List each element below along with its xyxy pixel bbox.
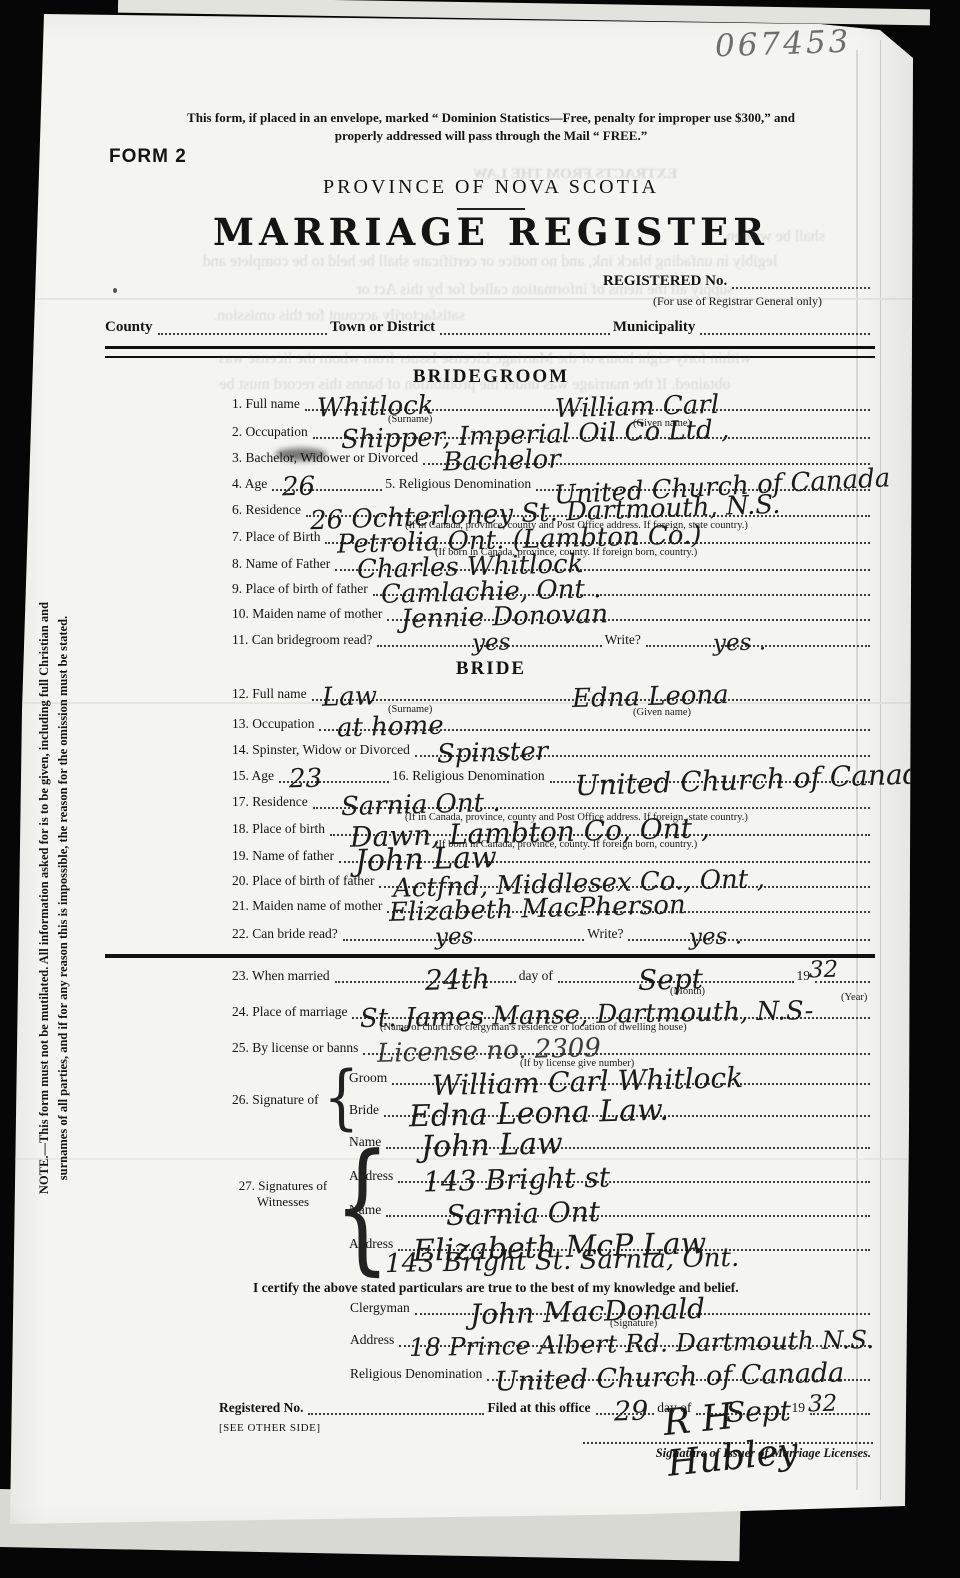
county-blank <box>158 329 328 335</box>
field-row-when-married: 23. When married 24th day of Sept 19 32 <box>232 966 873 984</box>
municipality-label: Municipality <box>613 319 699 336</box>
bleed-through-text: legibly in unfading black ink, and no no… <box>125 253 855 271</box>
field-label: 9. Place of birth of father <box>232 580 371 597</box>
field-label: 14. Spinster, Widow or Divorced <box>232 741 413 758</box>
field-blank <box>308 1409 484 1415</box>
field-blank: 32 <box>815 977 870 983</box>
field-blank: License no. 2309 <box>363 1049 870 1055</box>
write-label: Write? <box>587 925 626 942</box>
field-row-witness1-name: Name John Law <box>349 1132 873 1150</box>
pencil-corner-number: 067453 <box>714 24 852 65</box>
field-blank: 18 Prince Albert Rd. Dartmouth N.S. <box>399 1341 870 1347</box>
field-row-bride-status: 14. Spinster, Widow or Divorced Spinster <box>232 740 873 758</box>
field-label: 10. Maiden name of mother <box>232 605 385 622</box>
field-row-bride-signature: Bride Edna Leona Law. <box>349 1100 873 1118</box>
field-row-witness2-name: Name Sarnia Ont <box>349 1200 873 1218</box>
handwritten-filed-day: 29 <box>613 1403 648 1421</box>
see-other-side-note: [SEE OTHER SIDE] <box>219 1422 321 1434</box>
field-label: 6. Residence <box>232 501 304 518</box>
section-rule <box>105 954 875 958</box>
handwritten-marriage-year: 32 <box>809 962 839 980</box>
handwritten-license-number: License no. 2309 <box>377 1040 601 1063</box>
handwritten-marriage-month: Sept <box>638 970 703 989</box>
field-row-bride-father-birthplace: 20. Place of birth of father Actfnd, Mid… <box>232 871 873 889</box>
handwritten-bride-given: Edna Leona <box>571 687 728 708</box>
field-blank: Whitlock William Carl <box>305 405 870 411</box>
form-number-label: FORM 2 <box>109 146 187 168</box>
field-row-witness1-address: Address 143 Bright st <box>349 1166 873 1184</box>
field-row-license-banns: 25. By license or banns License no. 2309 <box>232 1038 873 1056</box>
field-row-bride-mother: 21. Maiden name of mother Elizabeth MacP… <box>232 896 873 914</box>
field-blank: 26 Ochterloney St. Dartmouth, N.S. <box>306 511 870 517</box>
field-blank: John Law <box>386 1143 870 1149</box>
handwritten-denomination: United Church of Canada <box>495 1364 845 1390</box>
bride-heading: BRIDE <box>105 658 877 680</box>
field-row-bride-occupation: 13. Occupation at home <box>232 714 873 732</box>
field-label: 1. Full name <box>232 395 303 412</box>
bleed-through-text: supply all the items of information call… <box>255 281 835 299</box>
handwritten-marriage-place: St. James Manse, Dartmouth, N.S- <box>360 1003 814 1028</box>
handwritten-bride-occupation: at home <box>337 718 444 738</box>
field-blank: Actfnd, Middlesex Co., Ont , <box>379 882 870 888</box>
field-row-bride-birthplace: 18. Place of birth Dawn, Lambton Co, Ont… <box>232 819 873 837</box>
handwritten-bride-write: yes . <box>689 928 742 946</box>
handwritten-bride-signature: Edna Leona Law. <box>409 1102 669 1126</box>
handwritten-clergyman-address: 18 Prince Albert Rd. Dartmouth N.S. <box>409 1331 874 1356</box>
field-row-groom-mother: 10. Maiden name of mother Jennie Donovan <box>232 604 873 622</box>
denomination-label: Religious Denomination <box>350 1365 485 1382</box>
field-blank: yes . <box>628 935 870 941</box>
field-blank: 23 <box>279 777 389 783</box>
field-label: 2. Occupation <box>232 423 311 440</box>
address-label: Address <box>350 1331 397 1348</box>
field-label: 23. When married <box>232 967 333 984</box>
handwritten-bride-age: 23 <box>289 771 323 789</box>
witnesses-label-line1: 27. Signatures of <box>223 1178 343 1194</box>
field-row-groom-signature: Groom William Carl Whitlock <box>349 1068 873 1086</box>
field-blank: United Church of Canada <box>536 485 870 491</box>
field-row-groom-fullname: 1. Full name Whitlock William Carl <box>232 394 873 412</box>
field-label: 25. By license or banns <box>232 1039 361 1056</box>
field-blank: 29 <box>596 1409 655 1415</box>
field-row-groom-residence: 6. Residence 26 Ochterloney St. Dartmout… <box>232 500 873 518</box>
field-label: 8. Name of Father <box>232 555 333 572</box>
handwritten-bride-surname: Law <box>321 688 376 706</box>
field-blank: Dawn, Lambton Co, Ont , <box>330 830 870 836</box>
signature-of-label: 26. Signature of <box>232 1092 319 1108</box>
day-of-label: day of <box>519 967 556 984</box>
bleed-through-text: shall be written <box>165 228 825 246</box>
handwritten-bride-religion: United Church of Canada <box>574 765 937 795</box>
field-row-bride-father: 19. Name of father John Law <box>232 846 873 864</box>
field-blank: Sarnia Ont <box>386 1211 870 1217</box>
handwritten-clergyman-signature: John MacDonald <box>470 1300 705 1323</box>
witnesses-label-line2: Witnesses <box>223 1194 343 1210</box>
field-row-groom-father-birthplace: 9. Place of birth of father Camlachie, O… <box>232 579 873 597</box>
handwritten-groom-mother: Jennie Donovan <box>401 606 608 628</box>
bleed-through-text: obtained. If the marriage was under the … <box>115 376 835 394</box>
bleed-through-text: within forty-eight hours of the Marriage… <box>115 350 855 368</box>
field-blank: Petrolia Ont. (Lambton Co.) <box>325 538 870 544</box>
field-blank: at home <box>319 725 870 731</box>
mail-notice-line2: properly addressed will pass through the… <box>105 128 877 144</box>
field-blank: St. James Manse, Dartmouth, N.S- <box>352 1013 870 1019</box>
field-blank: United Church of Canada <box>550 777 870 783</box>
field-blank: yes <box>343 935 585 941</box>
field-label: 13. Occupation <box>232 715 317 732</box>
handwritten-issuer-signature: R H Hubley <box>661 1381 880 1485</box>
scanned-document: { "misc": { "corner_number": "067453", "… <box>0 0 960 1578</box>
field-blank: yes <box>377 641 601 647</box>
handwritten-groom-status: Bachelor <box>443 451 561 471</box>
field-blank: Charles Whitlock <box>335 565 870 571</box>
field-label: 19. Name of father <box>232 847 337 864</box>
margin-note-line1: NOTE.—This form must not be mutilated. A… <box>35 545 54 1251</box>
clergyman-label: Clergyman <box>350 1299 413 1316</box>
field-label: 12. Full name <box>232 685 310 702</box>
handwritten-witness1-address: 143 Bright st <box>423 1169 610 1191</box>
town-blank <box>440 329 610 335</box>
filed-label: Filed at this office <box>487 1399 593 1416</box>
handwritten-witness1-address2: Sarnia Ont <box>446 1203 600 1224</box>
handwritten-groom-write: yes . <box>713 634 766 652</box>
field-blank: Law Edna Leona <box>312 695 870 701</box>
document-page: NOTE.—This form must not be mutilated. A… <box>8 10 940 1550</box>
pencil-dot <box>113 288 117 293</box>
field-blank: yes . <box>646 641 870 647</box>
field-label: 21. Maiden name of mother <box>232 897 385 914</box>
field-blank: Jennie Donovan <box>387 615 870 621</box>
field-blank: Edna Leona Law. <box>384 1111 870 1117</box>
field-label: 4. Age <box>232 475 270 492</box>
field-blank: Spinster <box>415 751 870 757</box>
field-blank: 143 Bright st <box>398 1177 870 1183</box>
handwritten-bride-status: Spinster <box>437 744 549 764</box>
field-row-denomination: Religious Denomination United Church of … <box>350 1364 873 1382</box>
field-row-clergyman: Clergyman John MacDonald <box>350 1298 873 1316</box>
field-row-bride-age-religion: 15. Age 23 16. Religious Denomination Un… <box>232 766 873 784</box>
handwritten-groom-surname: Whitlock <box>317 397 434 417</box>
field-blank: 26 <box>272 485 382 491</box>
field-row-clergyman-address: Address 18 Prince Albert Rd. Dartmouth N… <box>350 1330 873 1348</box>
margin-note-vertical: NOTE.—This form must not be mutilated. A… <box>35 545 77 1251</box>
field-blank: Shipper, Imperial Oil Co Ltd , <box>313 433 870 439</box>
field-label: 22. Can bride read? <box>232 925 341 942</box>
field-row-groom-occupation: 2. Occupation Shipper, Imperial Oil Co L… <box>232 422 873 440</box>
margin-note-line2: surnames of all parties, and if for any … <box>54 545 73 1251</box>
handwritten-groom-signature: William Carl Whitlock <box>432 1069 743 1094</box>
field-row-groom-father: 8. Name of Father Charles Whitlock <box>232 554 873 572</box>
write-label: Write? <box>605 631 644 648</box>
handwritten-witness2-address: 143 Bright St. Sarnia, Ont. <box>385 1243 740 1279</box>
field-blank: John Law <box>339 857 870 863</box>
handwritten-groom-read: yes <box>471 635 510 653</box>
field-label: 17. Residence <box>232 793 311 810</box>
field-label: 5. Religious Denomination <box>385 475 534 492</box>
field-row-place-of-marriage: 24. Place of marriage St. James Manse, D… <box>232 1002 873 1020</box>
field-blank: Sept <box>558 977 794 983</box>
field-blank: Bachelor <box>423 459 870 465</box>
handwritten-witness1-name: John Law <box>421 1135 563 1156</box>
registered-label: Registered No. <box>219 1399 306 1416</box>
field-row-bride-read-write: 22. Can bride read? yes Write? yes . <box>232 924 873 942</box>
field-blank: 24th <box>335 977 516 983</box>
field-row-groom-status: 3. Bachelor, Widower or Divorced Bachelo… <box>232 448 873 466</box>
field-label: 24. Place of marriage <box>232 1003 350 1020</box>
witnesses-label: 27. Signatures of Witnesses <box>223 1178 343 1210</box>
field-label: 16. Religious Denomination <box>392 767 548 784</box>
brace-witnesses: { <box>334 1124 390 1289</box>
form-content: EXTRACTS FROM THE LAW shall be written l… <box>105 10 877 1540</box>
field-row-bride-fullname: 12. Full name Law Edna Leona <box>232 684 873 702</box>
field-blank: Camlachie, Ont . <box>373 590 870 596</box>
field-blank: Elizabeth MacPherson <box>387 907 870 913</box>
handwritten-bride-mother: Elizabeth MacPherson <box>389 897 686 922</box>
handwritten-bride-residence: Sarnia Ont . <box>341 795 501 816</box>
field-label: 15. Age <box>232 767 277 784</box>
handwritten-bride-read: yes <box>434 929 473 947</box>
handwritten-marriage-day: 24th <box>424 970 489 989</box>
municipality-blank <box>700 329 870 335</box>
field-blank: United Church of Canada <box>487 1375 870 1381</box>
bleed-through-text: EXTRACTS FROM THE LAW <box>365 166 785 183</box>
mail-notice-line1: This form, if placed in an envelope, mar… <box>105 110 877 126</box>
field-label: 11. Can bridegroom read? <box>232 631 375 648</box>
field-label: 18. Place of birth <box>232 820 328 837</box>
bleed-through-text: satisfactorily account for this omission… <box>125 307 465 325</box>
field-row-groom-read-write: 11. Can bridegroom read? yes Write? yes … <box>232 630 873 648</box>
field-blank: William Carl Whitlock <box>392 1079 870 1085</box>
ink-smudge <box>275 448 327 461</box>
field-blank: Sarnia Ont . <box>313 803 870 809</box>
handwritten-groom-age: 26 <box>282 479 316 497</box>
handwritten-bride-father: John Law <box>355 849 497 870</box>
field-blank: John MacDonald <box>415 1309 870 1315</box>
